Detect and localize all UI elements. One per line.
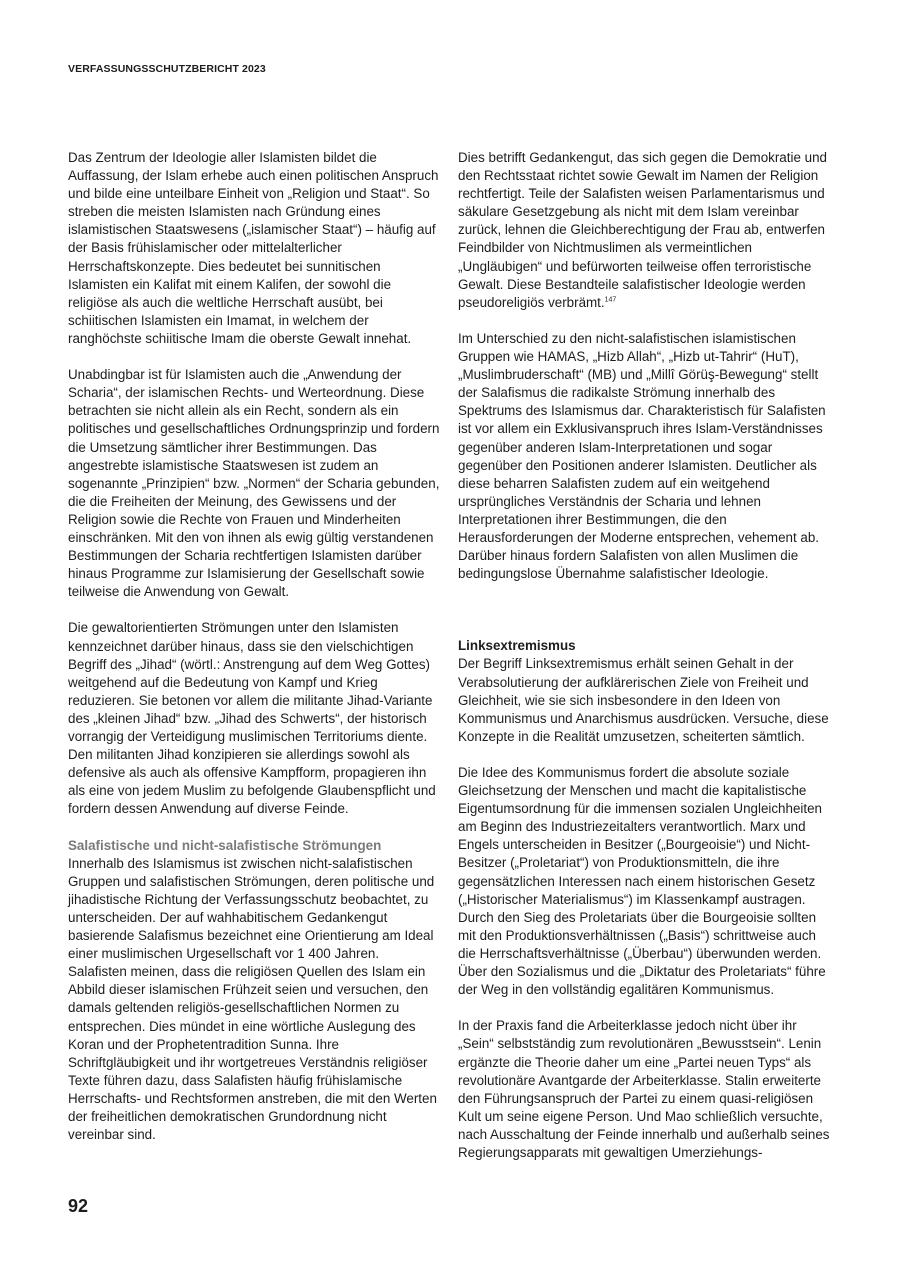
- paragraph-salafism-difference: Im Unterschied zu den nicht-salafistisch…: [458, 330, 832, 583]
- section-spacer: [458, 601, 832, 637]
- section-left-extremism: Linksextremismus Der Begriff Linksextrem…: [458, 637, 832, 1162]
- paragraph-jihad: Die gewaltorientierten Strömungen unter …: [68, 619, 440, 818]
- section-salafism: Salafistische und nicht-salafistische St…: [68, 837, 440, 1145]
- section-heading-salafism: Salafistische und nicht-salafistische St…: [68, 837, 440, 855]
- right-column: Dies betrifft Gedankengut, das sich gege…: [458, 149, 832, 1180]
- footnote-reference[interactable]: 147: [605, 296, 617, 303]
- left-column: Das Zentrum der Ideologie aller Islamist…: [68, 149, 440, 1162]
- section-heading-left-extremism: Linksextremismus: [458, 637, 832, 655]
- paragraph-communism-practice: In der Praxis fand die Arbeiterklasse je…: [458, 1017, 832, 1162]
- paragraph-salafist-ideology: Dies betrifft Gedankengut, das sich gege…: [458, 149, 832, 312]
- paragraph-communism-idea: Die Idee des Kommunismus fordert die abs…: [458, 764, 832, 999]
- paragraph-ideology-center: Das Zentrum der Ideologie aller Islamist…: [68, 149, 440, 348]
- paragraph-scharia: Unabdingbar ist für Islamisten auch die …: [68, 366, 440, 601]
- page-number: 92: [68, 1196, 88, 1217]
- paragraph-salafism-body: Innerhalb des Islamismus ist zwischen ni…: [68, 855, 440, 1145]
- paragraph-salafist-ideology-text: Dies betrifft Gedankengut, das sich gege…: [458, 150, 827, 310]
- paragraph-left-extremism-definition: Der Begriff Linksextremismus erhält sein…: [458, 655, 832, 745]
- running-header-title: VERFASSUNGSSCHUTZBERICHT 2023: [68, 63, 266, 75]
